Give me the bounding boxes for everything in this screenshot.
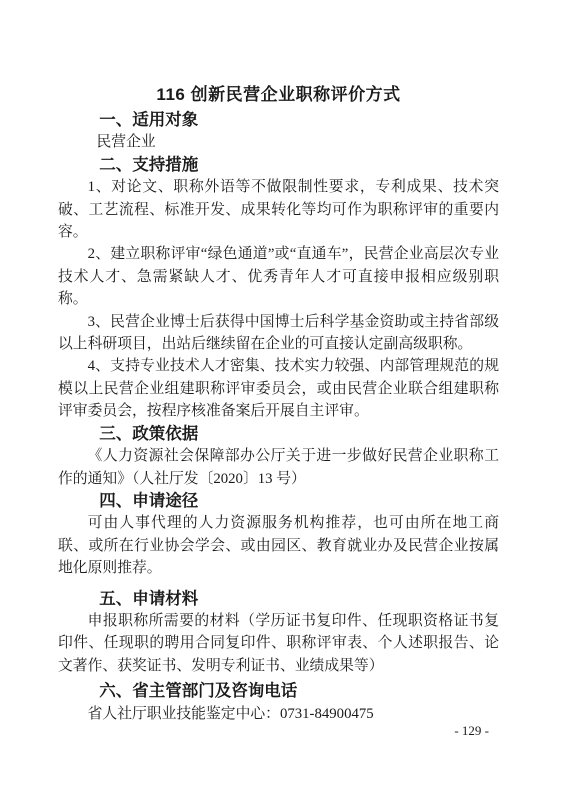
paragraph: 民营企业 (58, 131, 499, 153)
page-number: - 129 - (0, 723, 489, 739)
paragraph: 2、建立职称评审“绿色通道”或“直通车”，民营企业高层次专业技术人才、急需紧缺人… (58, 243, 499, 310)
section-heading: 四、申请途径 (58, 490, 499, 512)
section-application-channels: 四、申请途径 可由人事代理的人力资源服务机构推荐，也可由所在地工商联、或所在行业… (58, 490, 499, 580)
section-application-materials: 五、申请材料 申报职称所需要的材料（学历证书复印件、任现职资格证书复印件、任现职… (58, 580, 499, 678)
document-page: 116 创新民营企业职称评价方式 一、适用对象 民营企业 二、支持措施 1、对论… (0, 0, 561, 793)
section-heading: 一、适用对象 (58, 109, 499, 131)
section-heading: 二、支持措施 (58, 154, 499, 176)
section-support-measures: 二、支持措施 1、对论文、职称外语等不做限制性要求，专利成果、技术突破、工艺流程… (58, 154, 499, 423)
section-heading: 六、省主管部门及咨询电话 (58, 677, 499, 702)
section-contact-info: 六、省主管部门及咨询电话 省人社厅职业技能鉴定中心：0731-84900475 (58, 677, 499, 725)
paragraph: 4、支持专业技术人才密集、技术实力较强、内部管理规范的规模以上民营企业组建职称评… (58, 355, 499, 422)
paragraph: 3、民营企业博士后获得中国博士后科学基金资助或主持省部级以上科研项目，出站后继续… (58, 311, 499, 356)
section-policy-basis: 三、政策依据 《人力资源社会保障部办公厅关于进一步做好民营企业职称工作的通知》（… (58, 423, 499, 490)
paragraph: 省人社厅职业技能鉴定中心：0731-84900475 (58, 703, 499, 725)
paragraph: 申报职称所需要的材料（学历证书复印件、任现职资格证书复印件、任现职的聘用合同复印… (58, 610, 499, 677)
section-applicable-objects: 一、适用对象 民营企业 (58, 109, 499, 154)
document-title: 116 创新民营企业职称评价方式 (58, 84, 499, 106)
document-content: 116 创新民营企业职称评价方式 一、适用对象 民营企业 二、支持措施 1、对论… (58, 84, 499, 725)
section-heading: 三、政策依据 (58, 423, 499, 445)
paragraph: 《人力资源社会保障部办公厅关于进一步做好民营企业职称工作的通知》（人社厅发〔20… (58, 445, 499, 490)
paragraph: 1、对论文、职称外语等不做限制性要求，专利成果、技术突破、工艺流程、标准开发、成… (58, 176, 499, 243)
paragraph: 可由人事代理的人力资源服务机构推荐，也可由所在地工商联、或所在行业协会学会、或由… (58, 512, 499, 579)
section-heading: 五、申请材料 (58, 580, 499, 610)
